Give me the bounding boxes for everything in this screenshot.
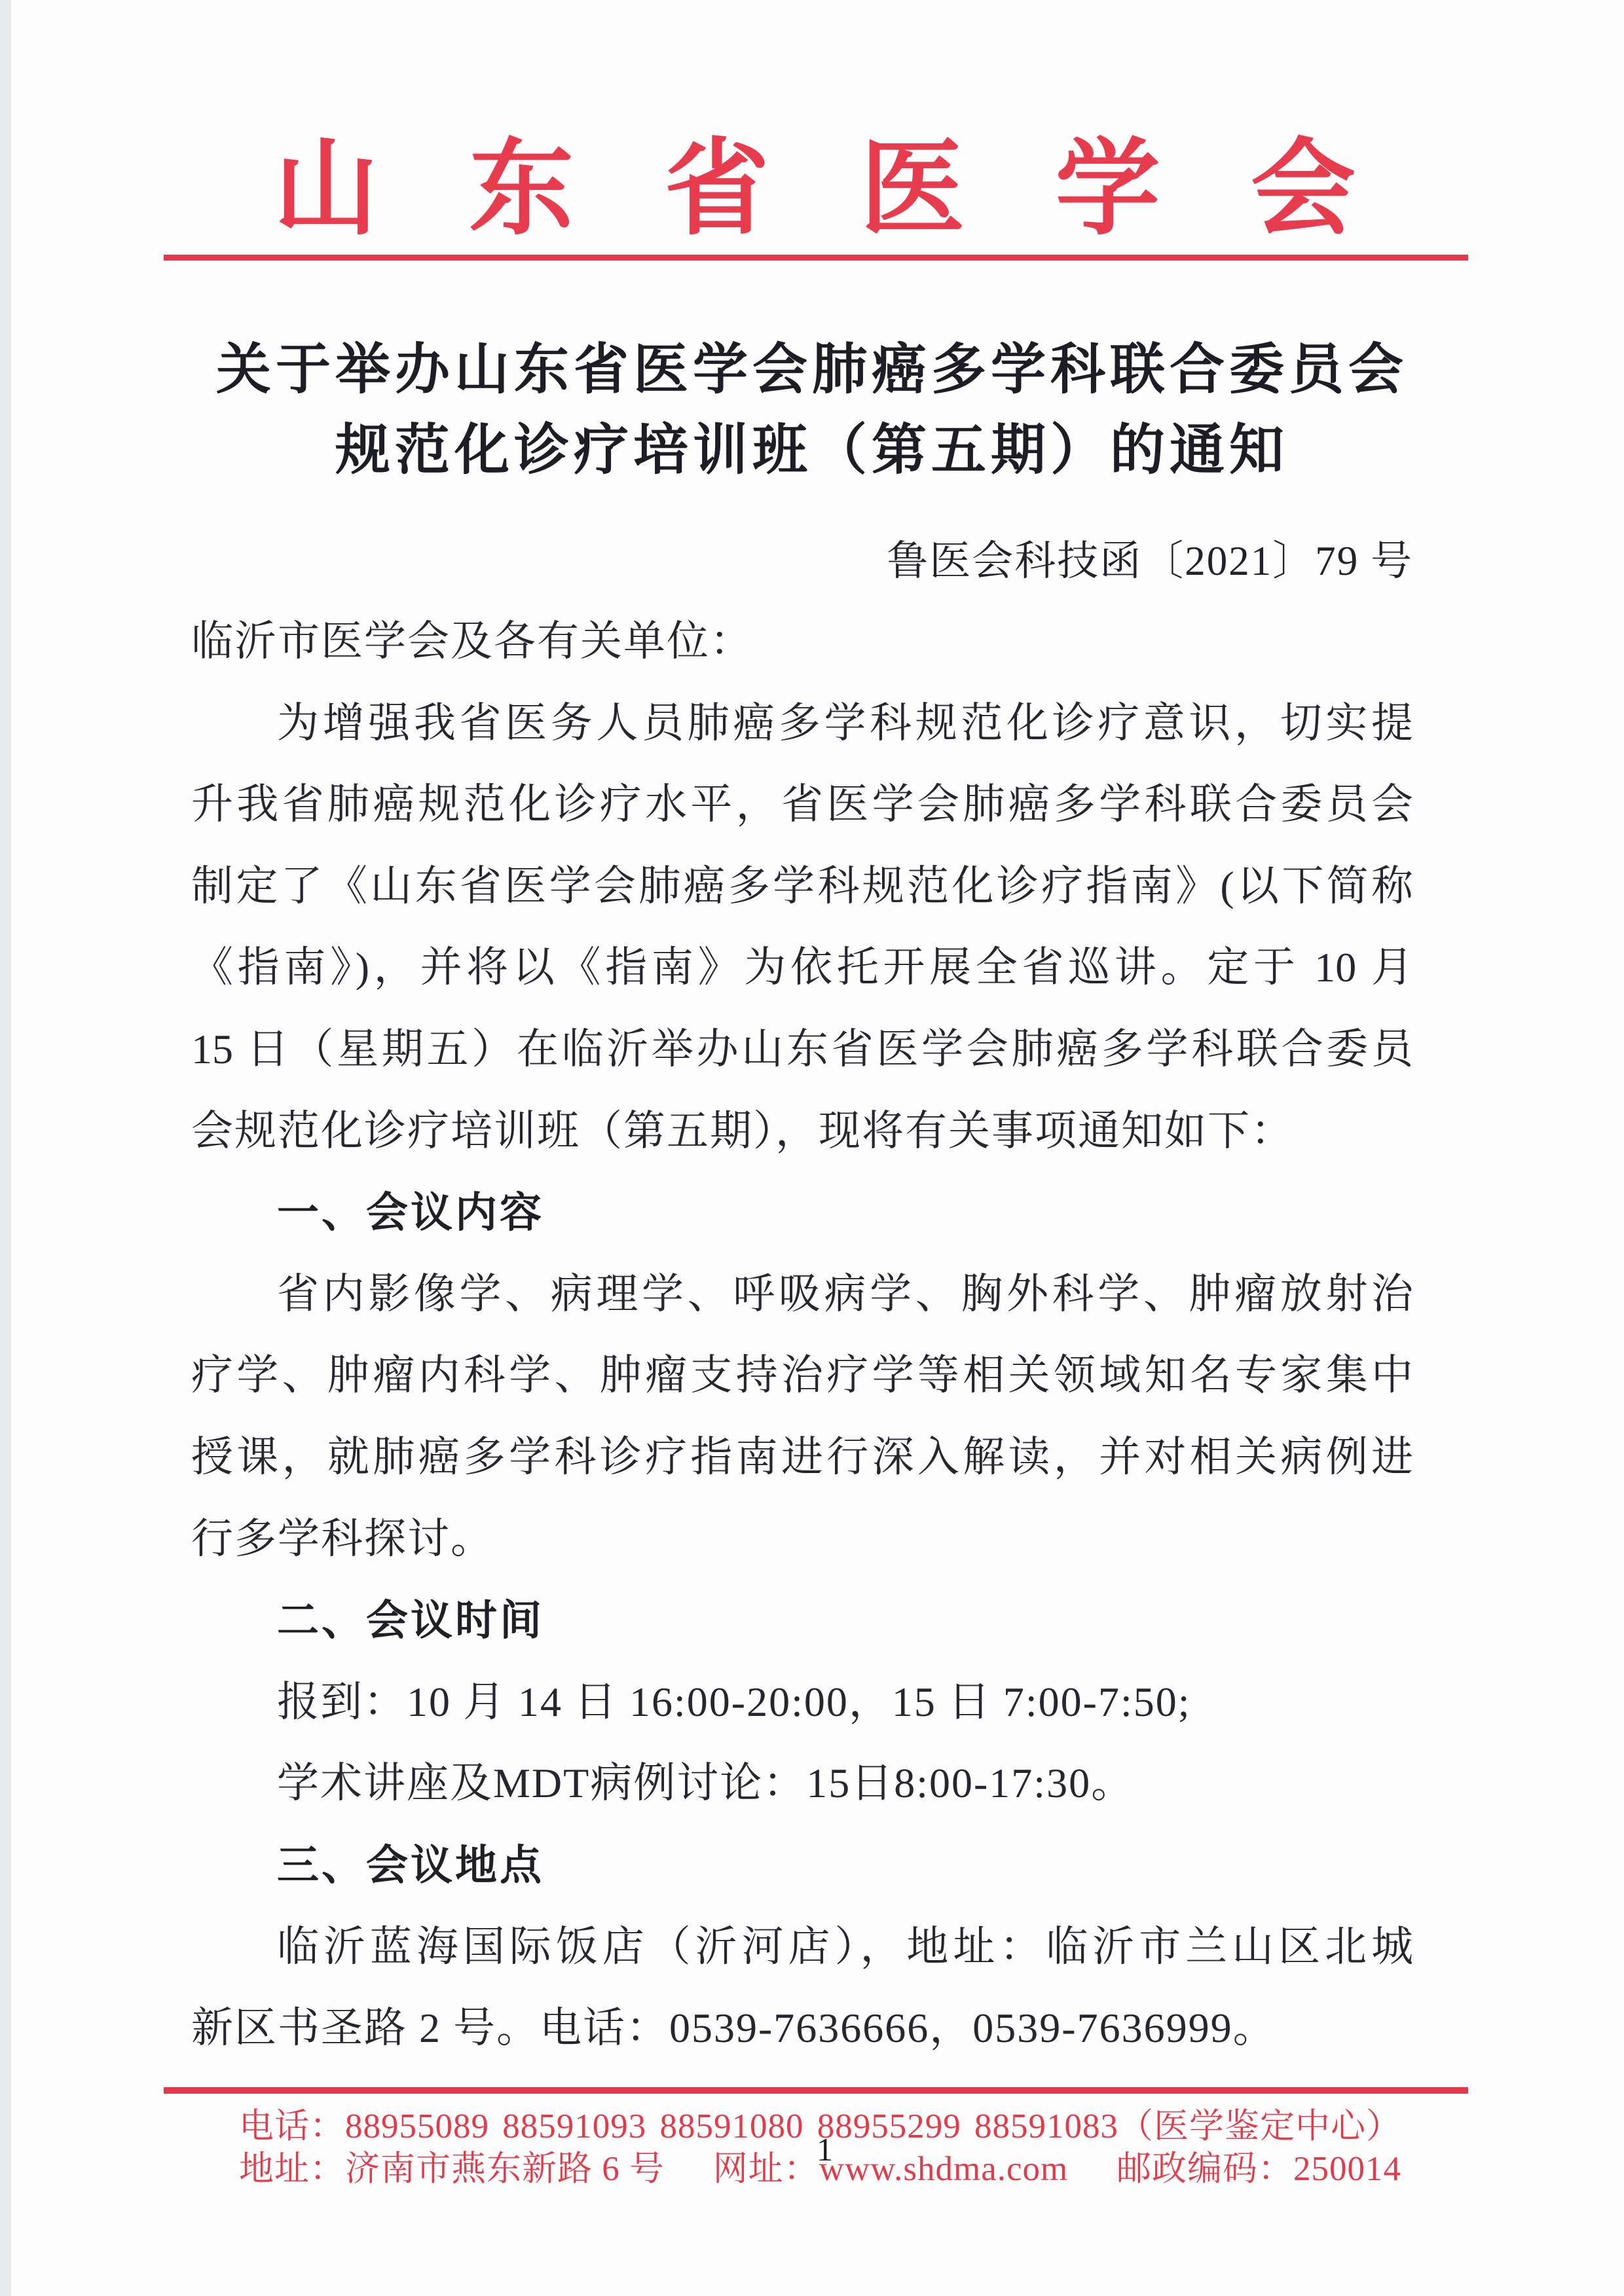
masthead-char: 会 — [1251, 131, 1356, 247]
section-1-line: 疗学、肿瘤内科学、肿瘤支持治疗学等相关领域知名专家集中 — [191, 1335, 1413, 1417]
footer-postcode: 邮政编码：250014 — [1116, 2149, 1401, 2189]
intro-line: 升我省肺癌规范化诊疗水平，省医学会肺癌多学科联合委员会 — [191, 764, 1413, 846]
masthead-char: 山 — [274, 131, 378, 247]
footer-phone: 88955299 — [817, 2107, 961, 2146]
document-title-line-1: 关于举办山东省医学会肺癌多学科联合委员会 — [0, 330, 1624, 410]
masthead-char: 学 — [1056, 131, 1160, 247]
footer-phone: 88591093 — [502, 2107, 646, 2146]
document-number: 鲁医会科技函〔2021〕79 号 — [887, 538, 1413, 584]
footer-website: 网址：www.shdma.com — [713, 2149, 1069, 2189]
document-body: 临沂市医学会及各有关单位： 为增强我省医务人员肺癌多学科规范化诊疗意识，切实提 … — [191, 601, 1413, 2069]
section-2-line: 报到：10 月 14 日 16:00-20:00，15 日 7:00-7:50; — [191, 1662, 1413, 1743]
document-title-line-2: 规范化诊疗培训班（第五期）的通知 — [0, 410, 1624, 491]
masthead-rule — [164, 255, 1468, 261]
section-1-line: 授课，就肺癌多学科诊疗指南进行深入解读，并对相关病例进 — [191, 1417, 1413, 1499]
intro-line: 《指南》)，并将以《指南》为依托开展全省巡讲。定于 10 月 — [191, 927, 1413, 1009]
footer-phone: 电话：88955089 — [239, 2107, 489, 2146]
intro-line: 会规范化诊疗培训班（第五期），现将有关事项通知如下： — [191, 1091, 1413, 1173]
footer-phone: 88591083（医学鉴定中心） — [974, 2107, 1401, 2146]
section-1-line: 省内影像学、病理学、呼吸病学、胸外科学、肿瘤放射治 — [191, 1254, 1413, 1336]
section-heading-3: 三、会议地点 — [191, 1825, 1413, 1906]
footer-phone: 88591080 — [660, 2107, 804, 2146]
document-page: { "masthead": { "org_chars": ["山", "东", … — [0, 0, 1624, 2296]
intro-line: 为增强我省医务人员肺癌多学科规范化诊疗意识，切实提 — [191, 683, 1413, 765]
section-1-line: 行多学科探讨。 — [191, 1499, 1413, 1580]
masthead-char: 东 — [469, 131, 574, 247]
section-heading-1: 一、会议内容 — [191, 1172, 1413, 1254]
masthead-char: 省 — [665, 131, 769, 247]
section-2-line: 学术讲座及MDT病例讨论：15日8:00-17:30。 — [191, 1743, 1413, 1825]
masthead-char: 医 — [860, 131, 965, 247]
section-heading-2: 二、会议时间 — [191, 1580, 1413, 1662]
intro-line: 制定了《山东省医学会肺癌多学科规范化诊疗指南》(以下简称 — [191, 846, 1413, 928]
page-number: 1 — [817, 2132, 833, 2166]
org-masthead: 山 东 省 医 学 会 — [274, 131, 1356, 247]
footer-rule — [164, 2087, 1468, 2094]
footer-address: 地址：济南市燕东新路 6 号 — [239, 2149, 665, 2189]
section-3-line: 临沂蓝海国际饭店（沂河店），地址：临沂市兰山区北城 — [191, 1906, 1413, 1988]
section-3-line: 新区书圣路 2 号。电话：0539-7636666，0539-7636999。 — [191, 1988, 1413, 2069]
document-title: 关于举办山东省医学会肺癌多学科联合委员会 规范化诊疗培训班（第五期）的通知 — [0, 330, 1624, 491]
addressee-line: 临沂市医学会及各有关单位： — [191, 601, 1413, 683]
intro-line: 15 日（星期五）在临沂举办山东省医学会肺癌多学科联合委员 — [191, 1009, 1413, 1091]
